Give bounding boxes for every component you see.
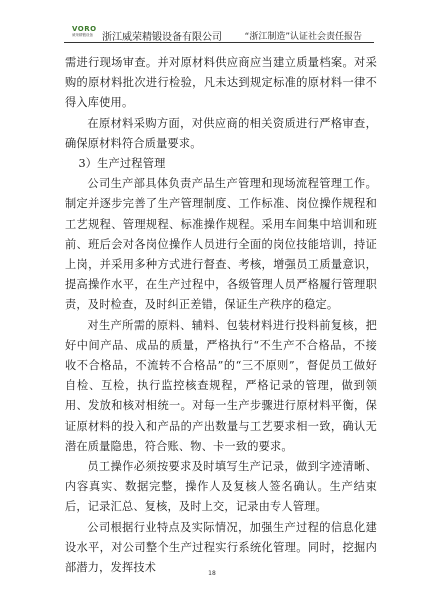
paragraph-production-dept: 公司生产部具体负责产品生产管理和现场流程管理工作。制定并逐步完善了生产管理制度、… bbox=[65, 174, 377, 315]
company-logo: VORO 威荣精锻设备 bbox=[72, 26, 100, 40]
page-header: VORO 威荣精锻设备 浙江威荣精锻设备有限公司 “浙江制造”认证社会责任报告 bbox=[64, 24, 374, 43]
report-title: “浙江制造”认证社会责任报告 bbox=[245, 29, 362, 42]
page-number: 18 bbox=[0, 570, 424, 577]
paragraph-materials-check: 对生产所需的原料、辅料、包装材料进行投料前复核，把好中间产品、成品的质量，严格执… bbox=[65, 316, 377, 457]
logo-subtitle: 威荣精锻设备 bbox=[72, 33, 100, 38]
paragraph-procurement: 在原材料采购方面，对供应商的相关资质进行严格审查，确保原材料符合质量要求。 bbox=[65, 114, 377, 154]
paragraph-records: 员工操作必须按要求及时填写生产记录，做到字迹清晰、内容真实、数据完整，操作人及复… bbox=[65, 457, 377, 518]
section-subheading: 3）生产过程管理 bbox=[65, 154, 377, 174]
company-name: 浙江威荣精锻设备有限公司 bbox=[102, 28, 222, 43]
paragraph-continuation: 需进行现场审查。并对原材料供应商应当建立质量档案。对采购的原材料批次进行检验，凡… bbox=[65, 53, 377, 114]
document-body: 需进行现场审查。并对原材料供应商应当建立质量档案。对采购的原材料批次进行检验，凡… bbox=[65, 53, 377, 578]
logo-brand: VORO bbox=[72, 26, 100, 33]
